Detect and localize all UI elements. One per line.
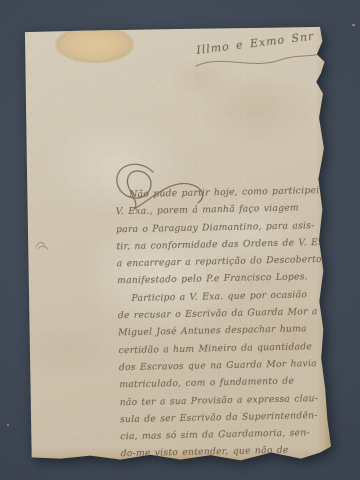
letter-body: Não pude partir hoje, como participei a … bbox=[115, 182, 337, 463]
manuscript-paper: Illmo e Exmo Snr Não pude partir hoje, c… bbox=[24, 26, 331, 463]
paper-shadow: Illmo e Exmo Snr Não pude partir hoje, c… bbox=[0, 0, 360, 480]
margin-scribble bbox=[33, 238, 53, 254]
salutation-flourish bbox=[192, 50, 332, 72]
manuscript-line: do-me visto entender, que não de bbox=[121, 441, 337, 463]
manuscript-photo: Illmo e Exmo Snr Não pude partir hoje, c… bbox=[0, 0, 360, 480]
